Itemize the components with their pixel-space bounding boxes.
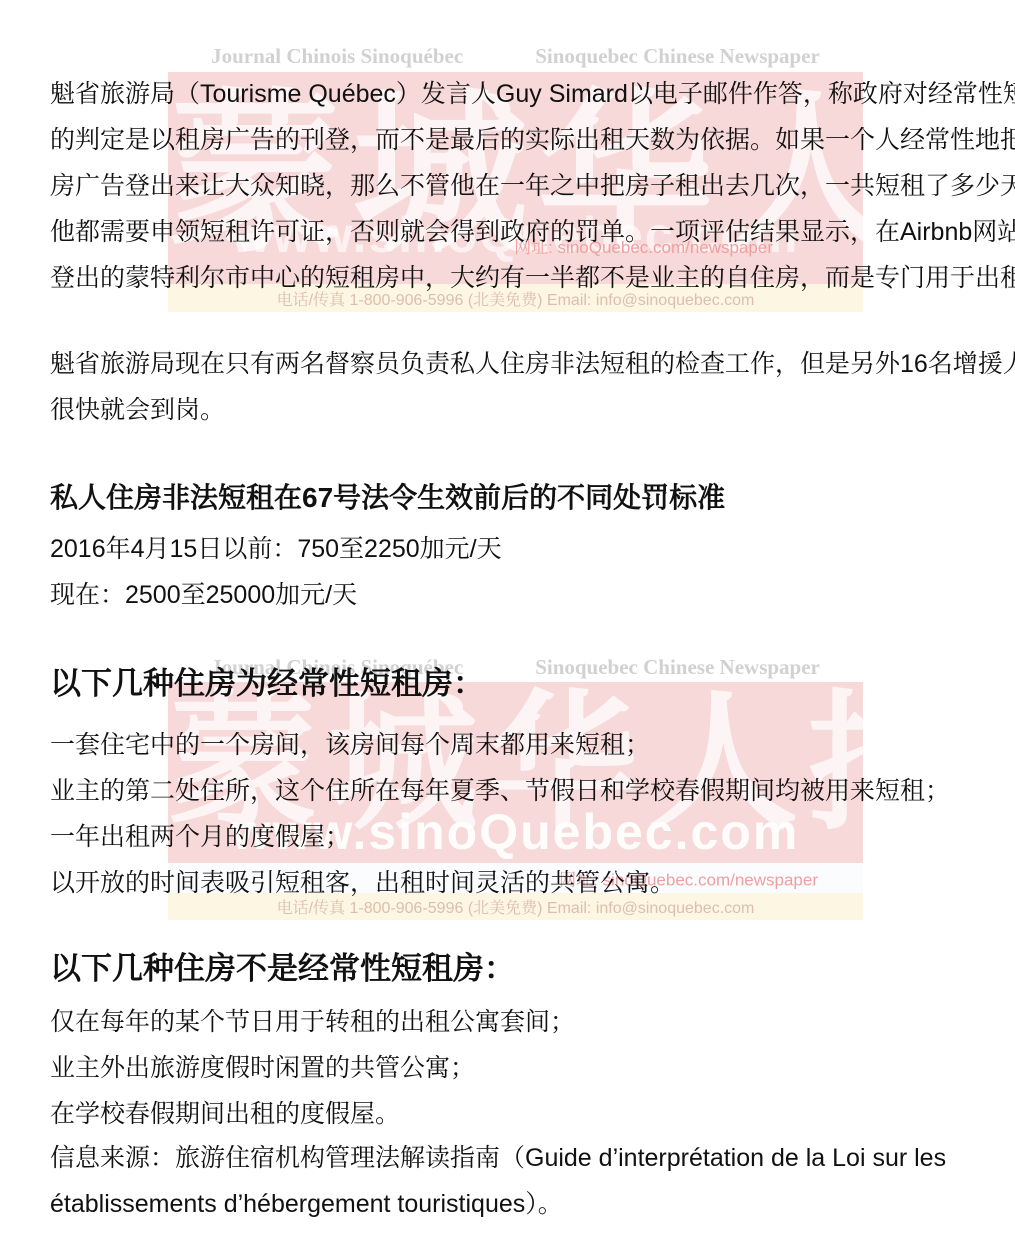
text-line: 仅在每年的某个节日用于转租的出租公寓套间； [50, 999, 995, 1045]
text-line: 魁省旅游局现在只有两名督察员负责私人住房非法短租的检查工作，但是另外16名增援人… [50, 341, 995, 387]
text-line: 房广告登出来让大众知晓，那么不管他在一年之中把房子租出去几次，一共短租了多少天， [50, 163, 995, 209]
non-regular-rentals-list: 仅在每年的某个节日用于转租的出租公寓套间；业主外出旅游度假时闲置的共管公寓；在学… [50, 999, 995, 1137]
text-line: 一年出租两个月的度假屋； [50, 814, 995, 860]
journal-name-english: Sinoquebec Chinese Newspaper [535, 44, 820, 69]
text-line: 信息来源：旅游住宿机构管理法解读指南（Guide d’interprétatio… [50, 1135, 995, 1181]
heading-penalty-standards: 私人住房非法短租在67号法令生效前后的不同处罚标准 [50, 478, 995, 518]
text-line: 业主外出旅游度假时闲置的共管公寓； [50, 1045, 995, 1091]
text-line: 2016年4月15日以前：750至2250加元/天 [50, 526, 995, 572]
text-line: 登出的蒙特利尔市中心的短租房中，大约有一半都不是业主的自住房，而是专门用于出租的… [50, 255, 995, 301]
text-line: 很快就会到岗。 [50, 387, 995, 433]
source-citation: 信息来源：旅游住宿机构管理法解读指南（Guide d’interprétatio… [50, 1135, 995, 1227]
text-line: 他都需要申领短租许可证，否则就会得到政府的罚单。一项评估结果显示，在Airbnb… [50, 209, 995, 255]
text-line: 现在：2500至25000加元/天 [50, 572, 995, 618]
journal-name-french: Journal Chinois Sinoquébec [211, 44, 463, 69]
paragraph-inspectors: 魁省旅游局现在只有两名督察员负责私人住房非法短租的检查工作，但是另外16名增援人… [50, 341, 995, 433]
text-line: 以开放的时间表吸引短租客，出租时间灵活的共管公寓。 [50, 860, 995, 906]
text-line: 在学校春假期间出租的度假屋。 [50, 1091, 995, 1137]
text-line: 一套住宅中的一个房间，该房间每个周末都用来短租； [50, 722, 995, 768]
watermark-journal-band: Journal Chinois Sinoquébec Sinoquebec Ch… [168, 40, 863, 72]
regular-rentals-list: 一套住宅中的一个房间，该房间每个周末都用来短租；业主的第二处住所，这个住所在每年… [50, 722, 995, 906]
paragraph-government-reply: 魁省旅游局（Tourisme Québec）发言人Guy Simard以电子邮件… [50, 71, 995, 301]
text-line: 业主的第二处住所，这个住所在每年夏季、节假日和学校春假期间均被用来短租； [50, 768, 995, 814]
penalty-amounts-list: 2016年4月15日以前：750至2250加元/天现在：2500至25000加元… [50, 526, 995, 618]
heading-regular-rentals: 以下几种住房为经常性短租房： [50, 662, 995, 706]
text-line: 的判定是以租房广告的刊登，而不是最后的实际出租天数为依据。如果一个人经常性地把租 [50, 117, 995, 163]
heading-non-regular-rentals: 以下几种住房不是经常性短租房： [50, 947, 995, 991]
text-line: établissements d’hébergement touristique… [50, 1181, 995, 1227]
text-line: 魁省旅游局（Tourisme Québec）发言人Guy Simard以电子邮件… [50, 71, 995, 117]
